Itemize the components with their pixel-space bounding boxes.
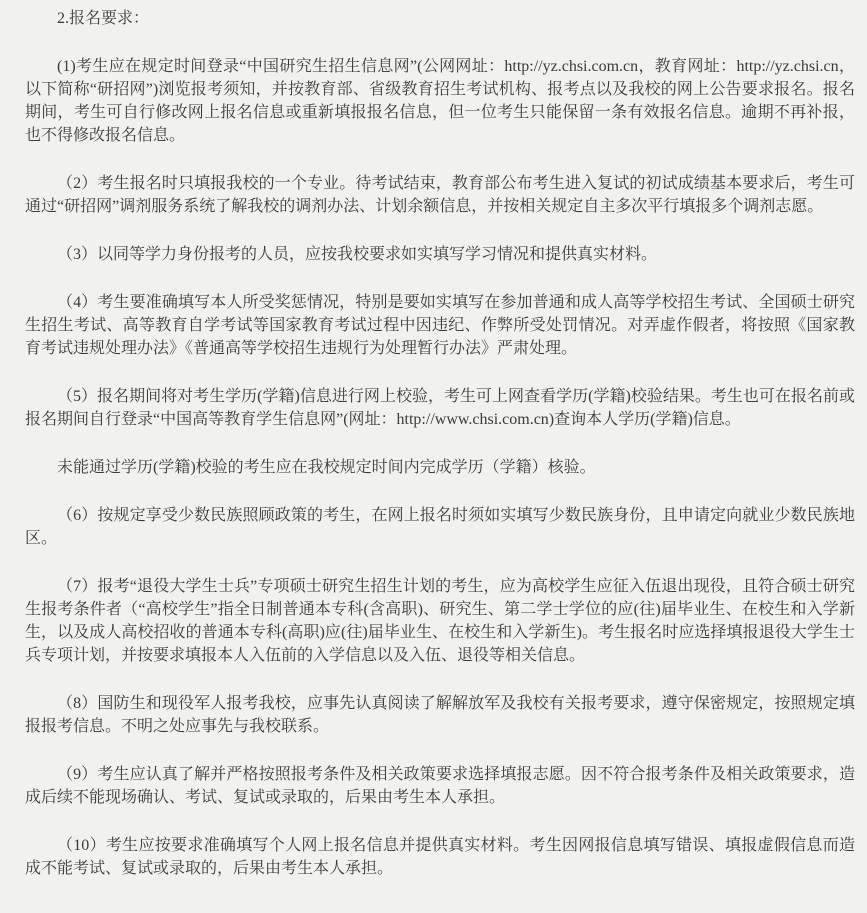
requirement-8: （8）国防生和现役军人报考我校，应事先认真阅读了解解放军及我校有关报考要求，遵守… <box>25 692 855 738</box>
requirement-6: （6）按规定享受少数民族照顾政策的考生，在网上报名时须如实填写少数民族身份，且申… <box>25 504 855 550</box>
requirement-1: (1)考生应在规定时间登录“中国研究生招生信息网”(公网网址：http://yz… <box>25 55 855 147</box>
section-title: 2.报名要求： <box>25 7 855 30</box>
requirement-10: （10）考生应按要求准确填写个人网上报名信息并提供真实材料。考生因网报信息填写错… <box>25 834 855 880</box>
requirement-5-note: 未能通过学历(学籍)校验的考生应在我校规定时间内完成学历（学籍）核验。 <box>25 456 855 479</box>
document-page: 2.报名要求： (1)考生应在规定时间登录“中国研究生招生信息网”(公网网址：h… <box>0 0 867 913</box>
requirement-2: （2）考生报名时只填报我校的一个专业。待考试结束，教育部公布考生进入复试的初试成… <box>25 172 855 218</box>
requirement-5: （5）报名期间将对考生学历(学籍)信息进行网上校验，考生可上网查看学历(学籍)校… <box>25 385 855 431</box>
requirement-9: （9）考生应认真了解并严格按照报考条件及相关政策要求选择填报志愿。因不符合报考条… <box>25 763 855 809</box>
requirement-4: （4）考生要准确填写本人所受奖惩情况，特别是要如实填写在参加普通和成人高等学校招… <box>25 291 855 360</box>
requirement-3: （3）以同等学力身份报考的人员，应按我校要求如实填写学习情况和提供真实材料。 <box>25 243 855 266</box>
requirement-7: （7）报考“退役大学生士兵”专项硕士研究生招生计划的考生，应为高校学生应征入伍退… <box>25 575 855 667</box>
